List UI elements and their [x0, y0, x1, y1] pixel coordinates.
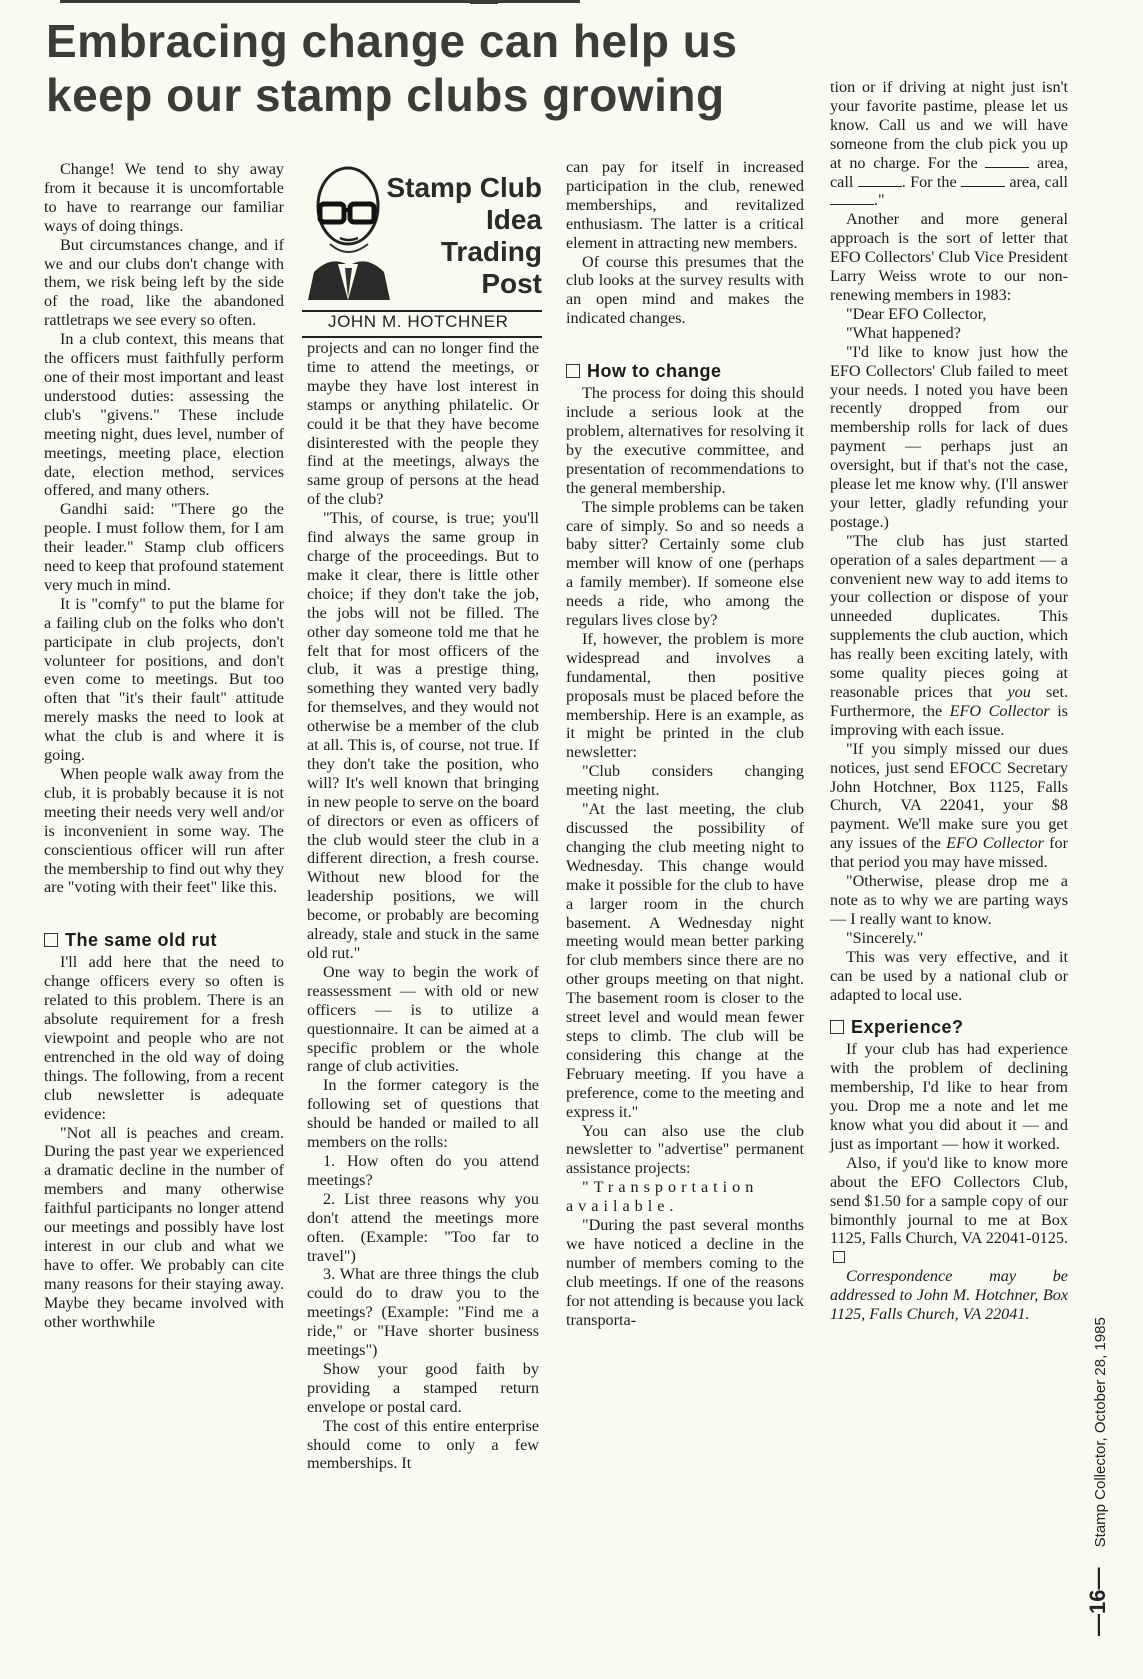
- paragraph: The simple problems can be taken care of…: [566, 498, 804, 630]
- byline: JOHN M. HOTCHNER: [328, 312, 509, 332]
- blank-line: [985, 155, 1029, 168]
- paragraph: If, however, the problem is more widespr…: [566, 630, 804, 762]
- page-number: —16—: [1085, 1568, 1110, 1636]
- blank-line: [830, 192, 874, 205]
- paragraph: can pay for itself in increased particip…: [566, 158, 804, 253]
- subhead-how-to-change: How to change: [566, 360, 804, 382]
- top-rule-mark: [470, 0, 498, 4]
- columnist-portrait-icon: [300, 160, 392, 308]
- paragraph: "The club has just started operation of …: [830, 532, 1068, 740]
- square-bullet-icon: [566, 364, 580, 378]
- article-column-1: Change! We tend to shy away from it beca…: [44, 160, 284, 1331]
- paragraph: "Club considers changing meeting night.: [566, 762, 804, 800]
- paragraph: The cost of this entire enterprise shoul…: [307, 1417, 539, 1474]
- paragraph: You can also use the club newsletter to …: [566, 1122, 804, 1179]
- blank-line: [961, 174, 1005, 187]
- paragraph: "Transportation available.: [566, 1178, 804, 1216]
- paragraph: I'll add here that the need to change of…: [44, 953, 284, 1123]
- square-bullet-icon: [44, 933, 58, 947]
- blank-line: [858, 174, 902, 187]
- paragraph: Show your good faith by providing a stam…: [307, 1360, 539, 1417]
- subhead-experience: Experience?: [830, 1016, 1068, 1038]
- questionnaire-item: 2. List three reasons why you don't atte…: [307, 1190, 539, 1266]
- subhead-same-old-rut: The same old rut: [44, 929, 284, 951]
- paragraph: Change! We tend to shy away from it beca…: [44, 160, 284, 236]
- paragraph: "This, of course, is true; you'll find a…: [307, 509, 539, 963]
- correspondence-note: Correspondence may be addressed to John …: [830, 1267, 1068, 1324]
- article-column-4: tion or if driving at night just isn't y…: [830, 78, 1068, 1324]
- paragraph: Another and more general approach is the…: [830, 210, 1068, 305]
- paragraph: Also, if you'd like to know more about t…: [830, 1154, 1068, 1267]
- paragraph: But circumstances change, and if we and …: [44, 236, 284, 331]
- questionnaire-item: 1. How often do you attend meetings?: [307, 1152, 539, 1190]
- paragraph: "During the past several months we have …: [566, 1216, 804, 1329]
- paragraph: Of course this presumes that the club lo…: [566, 253, 804, 329]
- divider: [302, 336, 542, 338]
- paragraph: tion or if driving at night just isn't y…: [830, 78, 1068, 210]
- paragraph: projects and can no longer find the time…: [307, 339, 539, 509]
- paragraph: "I'd like to know just how the EFO Colle…: [830, 343, 1068, 532]
- headline-line-1: Embracing change can help us: [46, 14, 786, 68]
- headline-line-2: keep our stamp clubs growing: [46, 68, 786, 122]
- paragraph: This was very effective, and it can be u…: [830, 948, 1068, 1005]
- paragraph: "Dear EFO Collector,: [830, 305, 1068, 324]
- paragraph: "Otherwise, please drop me a note as to …: [830, 872, 1068, 929]
- end-mark-icon: [833, 1251, 845, 1263]
- paragraph: One way to begin the work of reassessmen…: [307, 963, 539, 1076]
- paragraph: The process for doing this should includ…: [566, 384, 804, 497]
- column-logo: Stamp Club Idea Trading Post JOHN M. HOT…: [300, 160, 542, 332]
- article-column-3: can pay for itself in increased particip…: [566, 158, 804, 1329]
- paragraph: It is "comfy" to put the blame for a fai…: [44, 595, 284, 765]
- paragraph: If your club has had experience with the…: [830, 1040, 1068, 1153]
- square-bullet-icon: [830, 1020, 844, 1034]
- column-title: Stamp Club Idea Trading Post: [386, 172, 542, 300]
- paragraph: Gandhi said: "There go the people. I mus…: [44, 500, 284, 595]
- paragraph: "Sincerely.": [830, 929, 1068, 948]
- top-rule-left: [60, 0, 580, 3]
- paragraph: "Not all is peaches and cream. During th…: [44, 1124, 284, 1332]
- paragraph: In the former category is the following …: [307, 1076, 539, 1152]
- page-footer: —16— Stamp Collector, October 28, 1985: [1086, 1236, 1110, 1636]
- paragraph: "If you simply missed our dues notices, …: [830, 740, 1068, 872]
- paragraph: In a club context, this means that the o…: [44, 330, 284, 500]
- paragraph: When people walk away from the club, it …: [44, 765, 284, 897]
- paragraph: "What happened?: [830, 324, 1068, 343]
- headline: Embracing change can help us keep our st…: [46, 14, 786, 122]
- publication-dateline: Stamp Collector, October 28, 1985: [1092, 1317, 1109, 1547]
- article-column-2: projects and can no longer find the time…: [307, 339, 539, 1473]
- questionnaire-item: 3. What are three things the club could …: [307, 1265, 539, 1360]
- paragraph: "At the last meeting, the club discussed…: [566, 800, 804, 1121]
